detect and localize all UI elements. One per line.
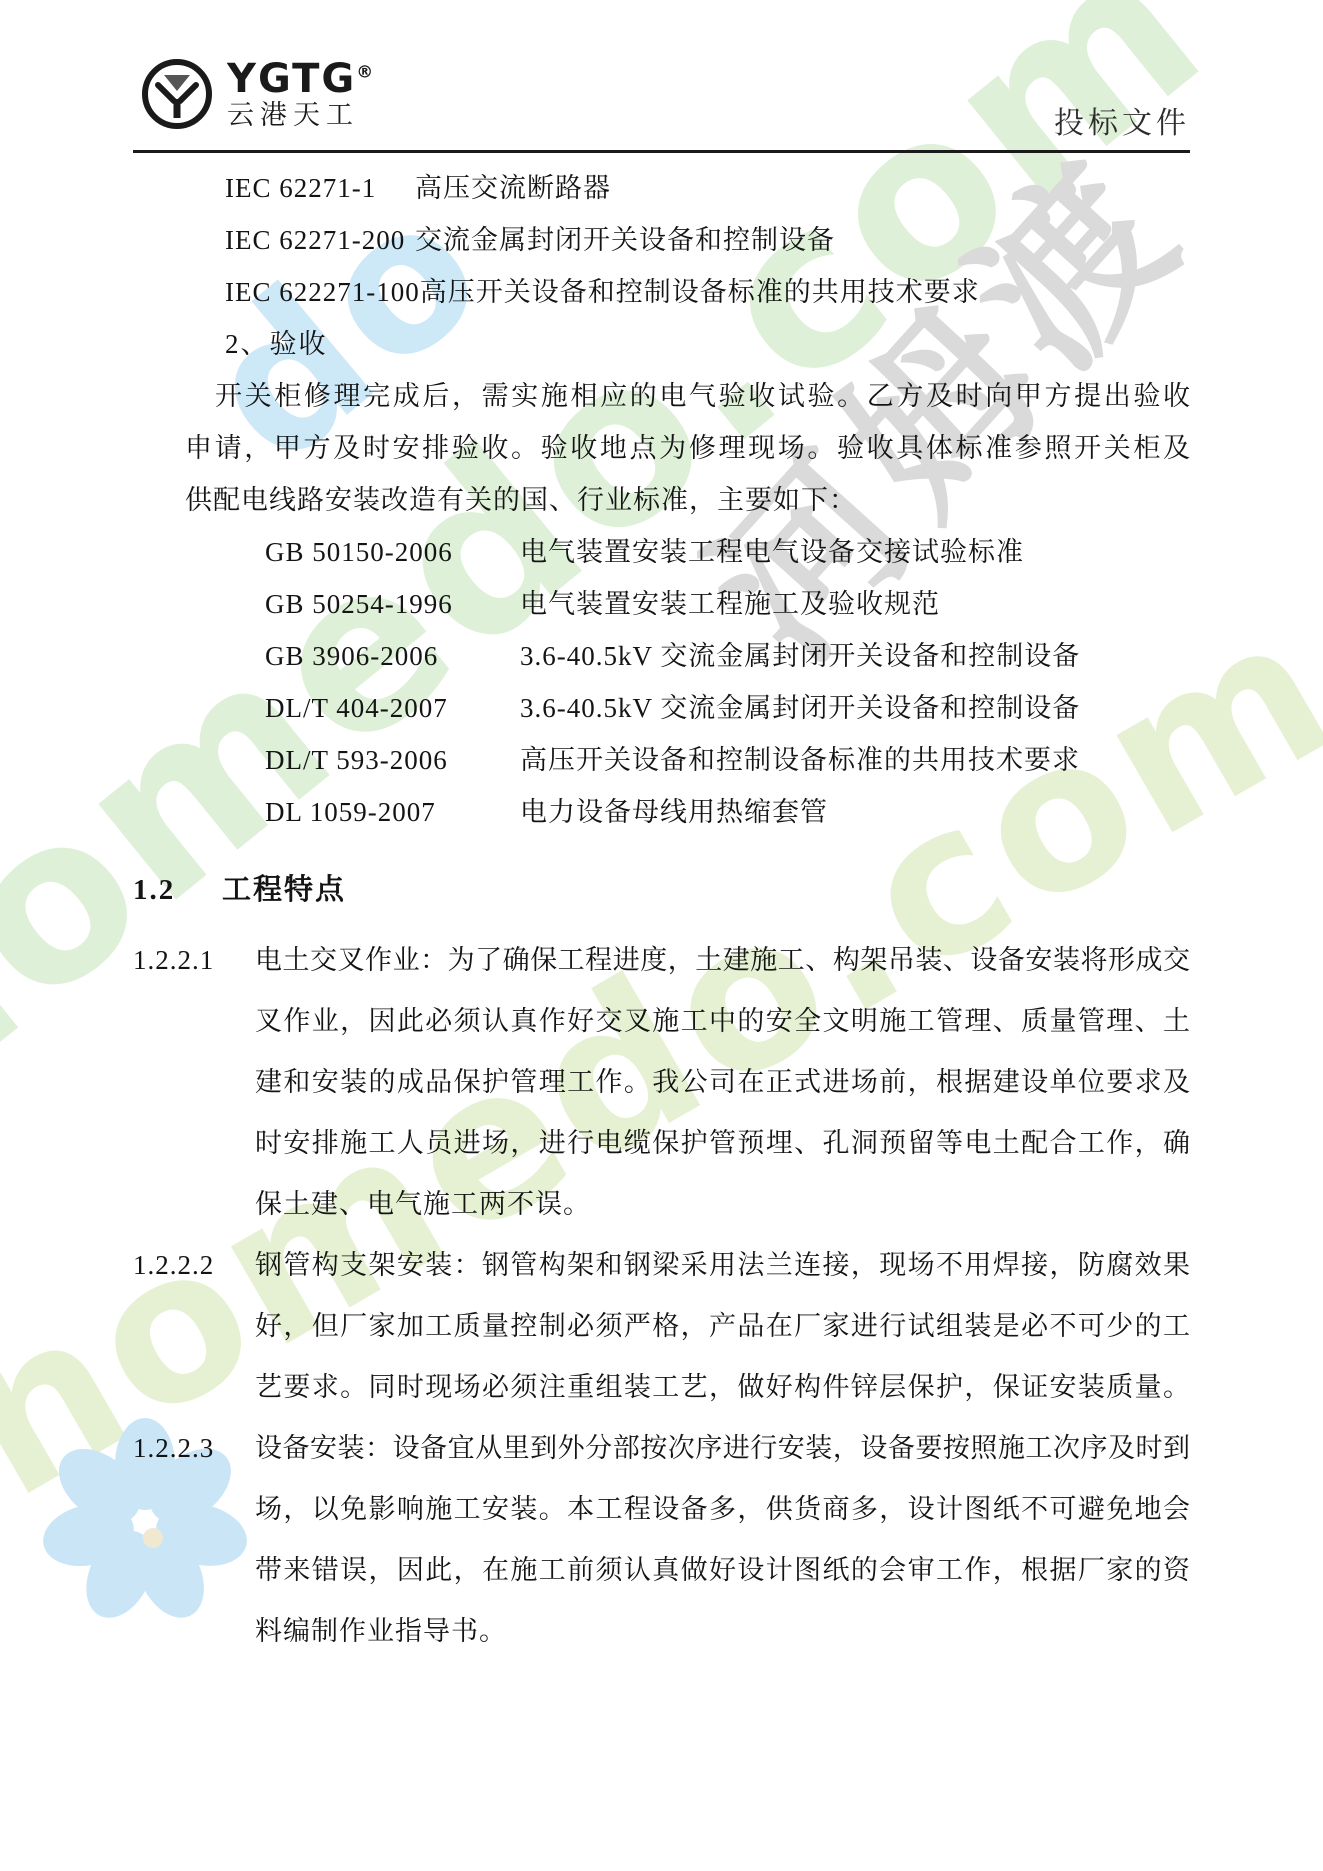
paragraph-line: 申请，甲方及时安排验收。验收地点为修理现场。验收具体标准参照开关柜及 bbox=[185, 422, 1190, 474]
iec-standard-item: IEC 62271-1高压交流断路器 bbox=[133, 162, 1190, 214]
standard-title: 高压开关设备和控制设备标准的共用技术要求 bbox=[520, 745, 1080, 775]
standard-code: GB 50254-1996 bbox=[265, 578, 520, 630]
gb-dl-standard-item: GB 3906-20063.6-40.5kV 交流金属封闭开关设备和控制设备 bbox=[133, 630, 1190, 682]
standard-title: 高压开关设备和控制设备标准的共用技术要求 bbox=[420, 277, 980, 307]
paragraph-line: 时安排施工人员进场，进行电缆保护管预埋、孔洞预留等电土配合工作，确 bbox=[255, 1113, 1190, 1174]
standard-code: DL 1059-2007 bbox=[265, 786, 520, 838]
standard-title: 电气装置安装工程施工及验收规范 bbox=[520, 589, 940, 619]
paragraph-number: 1.2.2.2 bbox=[133, 1235, 214, 1296]
section-heading: 1.2工程特点 bbox=[133, 864, 1190, 916]
iec-standard-item: IEC 62271-200交流金属封闭开关设备和控制设备 bbox=[133, 214, 1190, 266]
acceptance-heading: 2、验收 bbox=[133, 318, 1190, 370]
page-header: YGTG® 云港天工 投标文件 bbox=[133, 56, 1190, 150]
registered-trademark-mark: ® bbox=[356, 63, 375, 83]
standard-title: 交流金属封闭开关设备和控制设备 bbox=[415, 225, 835, 255]
numbered-paragraph: 1.2.2.1 电土交叉作业：为了确保工程进度，土建施工、构架吊装、设备安装将形… bbox=[133, 930, 1190, 1235]
paragraph-line: 艺要求。同时现场必须注重组装工艺，做好构件锌层保护，保证安装质量。 bbox=[255, 1357, 1190, 1418]
standard-title: 3.6-40.5kV 交流金属封闭开关设备和控制设备 bbox=[520, 693, 1080, 723]
gb-dl-standard-item: DL/T 593-2006高压开关设备和控制设备标准的共用技术要求 bbox=[133, 734, 1190, 786]
numbered-paragraph: 1.2.2.3 设备安装：设备宜从里到外分部按次序进行安装，设备要按照施工次序及… bbox=[133, 1418, 1190, 1662]
logo-text-block: YGTG® 云港天工 bbox=[227, 58, 375, 130]
paragraph-line: 带来错误，因此，在施工前须认真做好设计图纸的会审工作，根据厂家的资 bbox=[255, 1540, 1190, 1601]
paragraph-line: 场，以免影响施工安装。本工程设备多，供货商多，设计图纸不可避免地会 bbox=[255, 1479, 1190, 1540]
acceptance-paragraph: 开关柜修理完成后，需实施相应的电气验收试验。乙方及时向甲方提出验收 申请，甲方及… bbox=[185, 370, 1190, 526]
document-body: IEC 62271-1高压交流断路器 IEC 62271-200交流金属封闭开关… bbox=[133, 162, 1190, 1662]
standard-code: DL/T 404-2007 bbox=[265, 682, 520, 734]
gb-dl-standard-item: DL/T 404-20073.6-40.5kV 交流金属封闭开关设备和控制设备 bbox=[133, 682, 1190, 734]
paragraph-line: 建和安装的成品保护管理工作。我公司在正式进场前，根据建设单位要求及 bbox=[255, 1052, 1190, 1113]
standard-code: IEC 62271-1 bbox=[225, 162, 415, 214]
standard-title: 电力设备母线用热缩套管 bbox=[520, 797, 828, 827]
paragraph-line: 开关柜修理完成后，需实施相应的电气验收试验。乙方及时向甲方提出验收 bbox=[185, 370, 1190, 422]
section-number: 1.2 bbox=[133, 864, 222, 916]
paragraph-line: 钢管构支架安装：钢管构架和钢梁采用法兰连接，现场不用焊接，防腐效果 bbox=[255, 1235, 1190, 1296]
gb-dl-standard-item: DL 1059-2007电力设备母线用热缩套管 bbox=[133, 786, 1190, 838]
paragraph-line: 好，但厂家加工质量控制必须严格，产品在厂家进行试组装是必不可少的工 bbox=[255, 1296, 1190, 1357]
standard-code: GB 3906-2006 bbox=[265, 630, 520, 682]
section-title: 工程特点 bbox=[222, 874, 346, 906]
paragraph-number: 1.2.2.3 bbox=[133, 1418, 214, 1479]
standard-code: IEC 622271-100 bbox=[225, 266, 420, 318]
logo-brand-line: YGTG® bbox=[227, 58, 375, 100]
paragraph-line: 料编制作业指导书。 bbox=[255, 1601, 1190, 1662]
standard-title: 3.6-40.5kV 交流金属封闭开关设备和控制设备 bbox=[520, 641, 1080, 671]
paragraph-line: 叉作业，因此必须认真作好交叉施工中的安全文明施工管理、质量管理、土 bbox=[255, 991, 1190, 1052]
numbered-paragraph: 1.2.2.2 钢管构支架安装：钢管构架和钢梁采用法兰连接，现场不用焊接，防腐效… bbox=[133, 1235, 1190, 1418]
standard-title: 电气装置安装工程电气设备交接试验标准 bbox=[520, 537, 1024, 567]
company-logo: YGTG® 云港天工 bbox=[139, 56, 375, 132]
standard-code: DL/T 593-2006 bbox=[265, 734, 520, 786]
standard-code: GB 50150-2006 bbox=[265, 526, 520, 578]
document-page: homedo.com homedo.com do 河姆渡 bbox=[0, 0, 1323, 1871]
standard-title: 高压交流断路器 bbox=[415, 173, 611, 203]
header-divider bbox=[133, 150, 1190, 153]
paragraph-line: 保土建、电气施工两不误。 bbox=[255, 1174, 1190, 1235]
standard-code: IEC 62271-200 bbox=[225, 214, 415, 266]
iec-standard-item: IEC 622271-100高压开关设备和控制设备标准的共用技术要求 bbox=[133, 266, 1190, 318]
ygtg-emblem-icon bbox=[139, 56, 215, 132]
gb-dl-standard-item: GB 50150-2006电气装置安装工程电气设备交接试验标准 bbox=[133, 526, 1190, 578]
gb-dl-standard-item: GB 50254-1996电气装置安装工程施工及验收规范 bbox=[133, 578, 1190, 630]
logo-brand: YGTG bbox=[227, 56, 356, 102]
paragraph-line: 电土交叉作业：为了确保工程进度，土建施工、构架吊装、设备安装将形成交 bbox=[255, 930, 1190, 991]
paragraph-line: 供配电线路安装改造有关的国、行业标准，主要如下： bbox=[185, 474, 1190, 526]
document-type-label: 投标文件 bbox=[1054, 98, 1190, 142]
paragraph-line: 设备安装：设备宜从里到外分部按次序进行安装，设备要按照施工次序及时到 bbox=[255, 1418, 1190, 1479]
logo-subtitle: 云港天工 bbox=[227, 102, 375, 130]
paragraph-number: 1.2.2.1 bbox=[133, 930, 214, 991]
